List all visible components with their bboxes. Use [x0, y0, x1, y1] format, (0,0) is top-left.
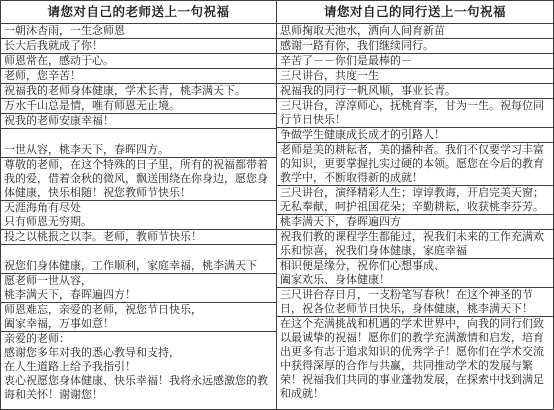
table-cell[interactable]: 一朝沐杏雨，一生念师恩 — [1, 23, 276, 38]
table-cell[interactable]: 感谢一路有你，我们继续同行。 — [277, 38, 553, 53]
table-cell[interactable]: 祝福我的老师身体健康，学术长青，桃李满天下。 — [1, 83, 276, 98]
peer-blessings-column: 请您对自己的同行送上一句祝福 思师掬取天池水，洒向人间育新苗感谢一路有你，我们继… — [277, 1, 553, 409]
table-cell[interactable]: 师恩难忘，亲爱的老师，祝您节日快乐， 阖家幸福，万事如意！ — [1, 302, 276, 331]
teacher-column-header[interactable]: 请您对自己的老师送上一句祝福 — [1, 1, 276, 23]
table-cell[interactable]: 相识便是缘分，祝你们心想事成、 阖家欢乐、身体健康！ — [277, 258, 553, 287]
table-cell[interactable]: 万水千山总是情，唯有师恩无止境。 — [1, 98, 276, 113]
table-cell[interactable]: 一世从容，桃李天下，春晖四方。 — [1, 128, 276, 157]
table-cell[interactable]: 祝我的老师安康幸福！ — [1, 113, 276, 128]
table-cell[interactable]: 三尺讲台存日月，一支粉笔写春秋！在这个神圣的节日，祝各位老师节日快乐，身体健康，… — [277, 287, 553, 316]
peer-column-header[interactable]: 请您对自己的同行送上一句祝福 — [277, 1, 553, 23]
table-cell[interactable]: 祝您们身体健康，工作顺利，家庭幸福，桃李满天下 — [1, 244, 276, 273]
table-cell[interactable]: 长大后我就成了你！ — [1, 38, 276, 53]
table-cell[interactable]: 投之以桃报之以李。老师，教师节快乐！ — [1, 229, 276, 244]
table-cell[interactable]: 三尺讲台，演绎精彩人生；谆谆教诲，开启完美天窗；无私奉献，呵护祖国花朵；辛勤耕耘… — [277, 185, 553, 214]
table-cell[interactable]: 三尺讲台，共度一生 — [277, 68, 553, 83]
table-cell[interactable]: 辛苦了－－你们是最棒的－ — [277, 53, 553, 68]
table-cell[interactable]: 思师掬取天池水，洒向人间育新苗 — [277, 23, 553, 38]
table-cell[interactable]: 在这个充满挑战和机遇的学术世界中，向我的同行们致以最诚挚的祝福！愿你们的教学充满… — [277, 316, 553, 409]
table-cell[interactable]: 愿老师一世从容， 桃李满天下，春晖遍四方！ — [1, 273, 276, 302]
table-cell[interactable]: 老师是美的耕耘者，美的播种者。我们不仅要学习丰富的知识，更要掌握扎实过硬的本领。… — [277, 142, 553, 185]
teacher-cells-container: 一朝沐杏雨，一生念师恩长大后我就成了你！师恩常在，感动于心。老师，您辛苦！祝福我… — [1, 23, 276, 409]
teacher-blessings-column: 请您对自己的老师送上一句祝福 一朝沐杏雨，一生念师恩长大后我就成了你！师恩常在，… — [1, 1, 277, 409]
table-cell[interactable]: 桃李满天下，春晖遍四方 — [277, 214, 553, 229]
table-cell[interactable]: 祝我们教的课程学生都能过，祝我们未来的工作充满欢乐和惊喜，祝我们身体健康，家庭幸… — [277, 229, 553, 258]
table-cell[interactable]: 三尺讲台，淳淳师心，抚桃育李，甘为一生。祝每位同行节日快乐！ — [277, 98, 553, 127]
table-cell[interactable]: 天涯海角有尽处 只有师恩无穷期。 — [1, 200, 276, 229]
table-cell[interactable]: 老师，您辛苦！ — [1, 68, 276, 83]
table-cell[interactable]: 争做学生健康成长成才的引路人！ — [277, 127, 553, 142]
table-cell[interactable]: 尊敬的老师，在这个特殊的日子里，所有的祝福都带着我的爱，借着金秋的微风，飘送围绕… — [1, 157, 276, 200]
blessing-table: 请您对自己的老师送上一句祝福 一朝沐杏雨，一生念师恩长大后我就成了你！师恩常在，… — [0, 0, 554, 410]
table-cell[interactable]: 亲爱的老师： 感谢您多年对我的悉心教导和支持， 在人生道路上给予我指引！ 衷心祝… — [1, 331, 276, 409]
peer-cells-container: 思师掬取天池水，洒向人间育新苗感谢一路有你，我们继续同行。辛苦了－－你们是最棒的… — [277, 23, 553, 409]
table-cell[interactable]: 师恩常在，感动于心。 — [1, 53, 276, 68]
table-cell[interactable]: 祝福我的同行一帆风顺，事业长青。 — [277, 83, 553, 98]
